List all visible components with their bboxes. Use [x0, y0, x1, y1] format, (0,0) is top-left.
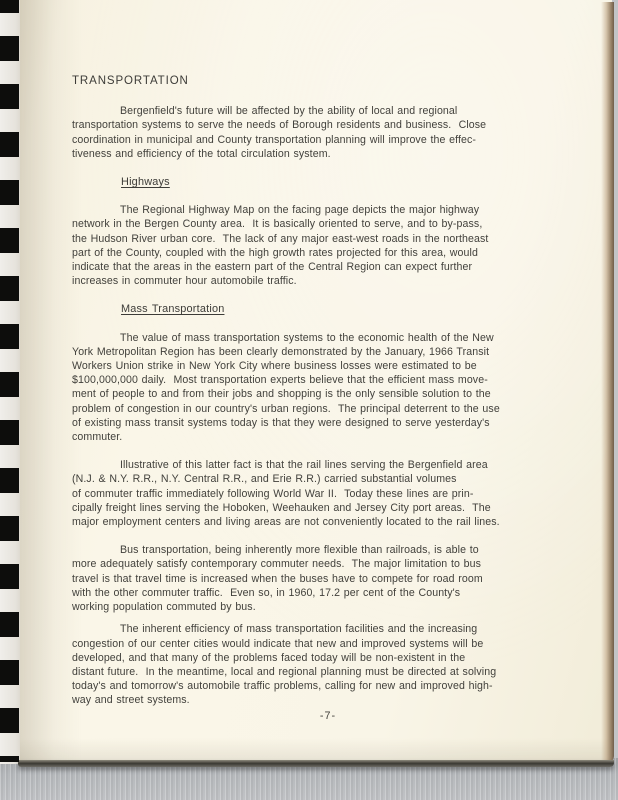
paragraph-mass-transportation-3: Bus transportation, being inherently mor…: [72, 543, 584, 614]
paragraph-intro: Bergenfield's future will be affected by…: [72, 104, 584, 161]
section-heading-mass-transportation: Mass Transportation: [121, 302, 224, 316]
paragraph-mass-transportation-1: The value of mass transportation systems…: [72, 331, 584, 445]
comb-binding-teeth: [0, 0, 19, 762]
page-title: TRANSPORTATION: [72, 74, 612, 88]
scanned-book-page: TRANSPORTATION Bergenfield's future will…: [0, 0, 618, 800]
section-heading-highways: Highways: [121, 175, 170, 189]
paragraph-highways: The Regional Highway Map on the facing p…: [72, 203, 584, 288]
page-number: -7-: [72, 709, 584, 723]
paragraph-mass-transportation-2: Illustrative of this latter fact is that…: [72, 458, 584, 529]
page-content: TRANSPORTATION Bergenfield's future will…: [20, 0, 612, 764]
paragraph-mass-transportation-4: The inherent efficiency of mass transpor…: [72, 622, 584, 707]
